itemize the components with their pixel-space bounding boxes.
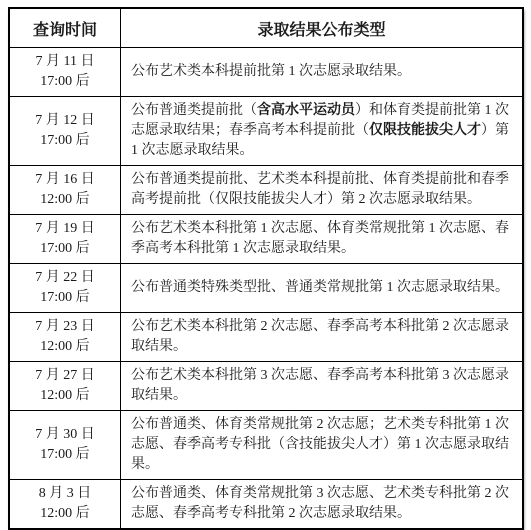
result-type-cell: 公布普通类提前批、艺术类本科提前批、体育类提前批和春季高考提前批（仅限技能拔尖人…: [121, 166, 524, 215]
table-row: 7 月 12 日17:00 后公布普通类提前批（含高水平运动员）和体育类提前批第…: [9, 97, 523, 166]
query-hour: 17:00 后: [12, 131, 118, 151]
table-row: 7 月 16 日12:00 后公布普通类提前批、艺术类本科提前批、体育类提前批和…: [9, 166, 523, 215]
query-date: 7 月 22 日: [12, 268, 118, 288]
result-type-text-bold: 含高水平运动员: [257, 103, 355, 118]
result-type-text: 公布艺术类本科批第 2 次志愿、春季高考本科批第 2 次志愿录取结果。: [131, 319, 509, 354]
result-type-cell: 公布普通类、体育类常规批第 2 次志愿；艺术类专科批第 1 次志愿、春季高考专科…: [121, 411, 524, 480]
table-row: 7 月 30 日17:00 后公布普通类、体育类常规批第 2 次志愿；艺术类专科…: [9, 411, 523, 480]
query-hour: 12:00 后: [12, 190, 118, 210]
query-date: 7 月 27 日: [12, 366, 118, 386]
query-hour: 17:00 后: [12, 288, 118, 308]
query-hour: 17:00 后: [12, 445, 118, 465]
result-type-cell: 公布艺术类本科批第 3 次志愿、春季高考本科批第 3 次志愿录取结果。: [121, 362, 524, 411]
query-time-cell: 7 月 11 日17:00 后: [9, 48, 121, 97]
query-date: 7 月 30 日: [12, 425, 118, 445]
query-hour: 12:00 后: [12, 504, 118, 524]
query-date: 7 月 23 日: [12, 317, 118, 337]
table-row: 7 月 23 日12:00 后公布艺术类本科批第 2 次志愿、春季高考本科批第 …: [9, 313, 523, 362]
query-hour: 17:00 后: [12, 239, 118, 259]
result-type-text: 公布普通类提前批、艺术类本科提前批、体育类提前批和春季高考提前批（仅限技能拔尖人…: [131, 172, 509, 207]
query-time-cell: 8 月 3 日12:00 后: [9, 480, 121, 530]
result-type-text: 公布普通类特殊类型批、普通类常规批第 1 次志愿录取结果。: [131, 280, 509, 295]
result-type-text-bold: 仅限技能拔尖人才: [369, 123, 481, 138]
header-row: 查询时间 录取结果公布类型: [9, 8, 523, 48]
query-time-cell: 7 月 16 日12:00 后: [9, 166, 121, 215]
result-type-cell: 公布艺术类本科提前批第 1 次志愿录取结果。: [121, 48, 524, 97]
table-row: 7 月 11 日17:00 后公布艺术类本科提前批第 1 次志愿录取结果。: [9, 48, 523, 97]
query-time-cell: 7 月 19 日17:00 后: [9, 215, 121, 264]
table-row: 7 月 22 日17:00 后公布普通类特殊类型批、普通类常规批第 1 次志愿录…: [9, 264, 523, 313]
result-type-text: 公布普通类、体育类常规批第 3 次志愿、艺术类专科批第 2 次志愿、春季高考专科…: [131, 486, 509, 521]
result-type-cell: 公布普通类、体育类常规批第 3 次志愿、艺术类专科批第 2 次志愿、春季高考专科…: [121, 480, 524, 530]
result-type-text: 公布艺术类本科批第 3 次志愿、春季高考本科批第 3 次志愿录取结果。: [131, 368, 509, 403]
query-time-cell: 7 月 12 日17:00 后: [9, 97, 121, 166]
query-date: 7 月 19 日: [12, 219, 118, 239]
table-body: 7 月 11 日17:00 后公布艺术类本科提前批第 1 次志愿录取结果。7 月…: [9, 48, 523, 530]
result-type-cell: 公布普通类特殊类型批、普通类常规批第 1 次志愿录取结果。: [121, 264, 524, 313]
query-hour: 12:00 后: [12, 337, 118, 357]
query-time-cell: 7 月 22 日17:00 后: [9, 264, 121, 313]
page: 查询时间 录取结果公布类型 7 月 11 日17:00 后公布艺术类本科提前批第…: [0, 0, 531, 493]
result-type-cell: 公布艺术类本科批第 2 次志愿、春季高考本科批第 2 次志愿录取结果。: [121, 313, 524, 362]
query-time-cell: 7 月 23 日12:00 后: [9, 313, 121, 362]
result-type-text: 公布普通类提前批（: [131, 103, 257, 118]
query-hour: 17:00 后: [12, 72, 118, 92]
table-row: 7 月 19 日17:00 后公布艺术类本科批第 1 次志愿、体育类常规批第 1…: [9, 215, 523, 264]
header-result-type: 录取结果公布类型: [121, 8, 524, 48]
admission-schedule-table: 查询时间 录取结果公布类型 7 月 11 日17:00 后公布艺术类本科提前批第…: [8, 7, 524, 530]
result-type-text: 公布艺术类本科提前批第 1 次志愿录取结果。: [131, 64, 411, 79]
query-time-cell: 7 月 27 日12:00 后: [9, 362, 121, 411]
query-date: 7 月 16 日: [12, 170, 118, 190]
result-type-cell: 公布艺术类本科批第 1 次志愿、体育类常规批第 1 次志愿、春季高考本科批第 1…: [121, 215, 524, 264]
result-type-text: 公布普通类、体育类常规批第 2 次志愿；艺术类专科批第 1 次志愿、春季高考专科…: [131, 417, 509, 472]
query-date: 7 月 12 日: [12, 111, 118, 131]
table-row: 8 月 3 日12:00 后公布普通类、体育类常规批第 3 次志愿、艺术类专科批…: [9, 480, 523, 530]
query-date: 7 月 11 日: [12, 52, 118, 72]
query-date: 8 月 3 日: [12, 484, 118, 504]
header-query-time: 查询时间: [9, 8, 121, 48]
result-type-text: 公布艺术类本科批第 1 次志愿、体育类常规批第 1 次志愿、春季高考本科批第 1…: [131, 221, 509, 256]
query-time-cell: 7 月 30 日17:00 后: [9, 411, 121, 480]
table-row: 7 月 27 日12:00 后公布艺术类本科批第 3 次志愿、春季高考本科批第 …: [9, 362, 523, 411]
query-hour: 12:00 后: [12, 386, 118, 406]
result-type-cell: 公布普通类提前批（含高水平运动员）和体育类提前批第 1 次志愿录取结果；春季高考…: [121, 97, 524, 166]
